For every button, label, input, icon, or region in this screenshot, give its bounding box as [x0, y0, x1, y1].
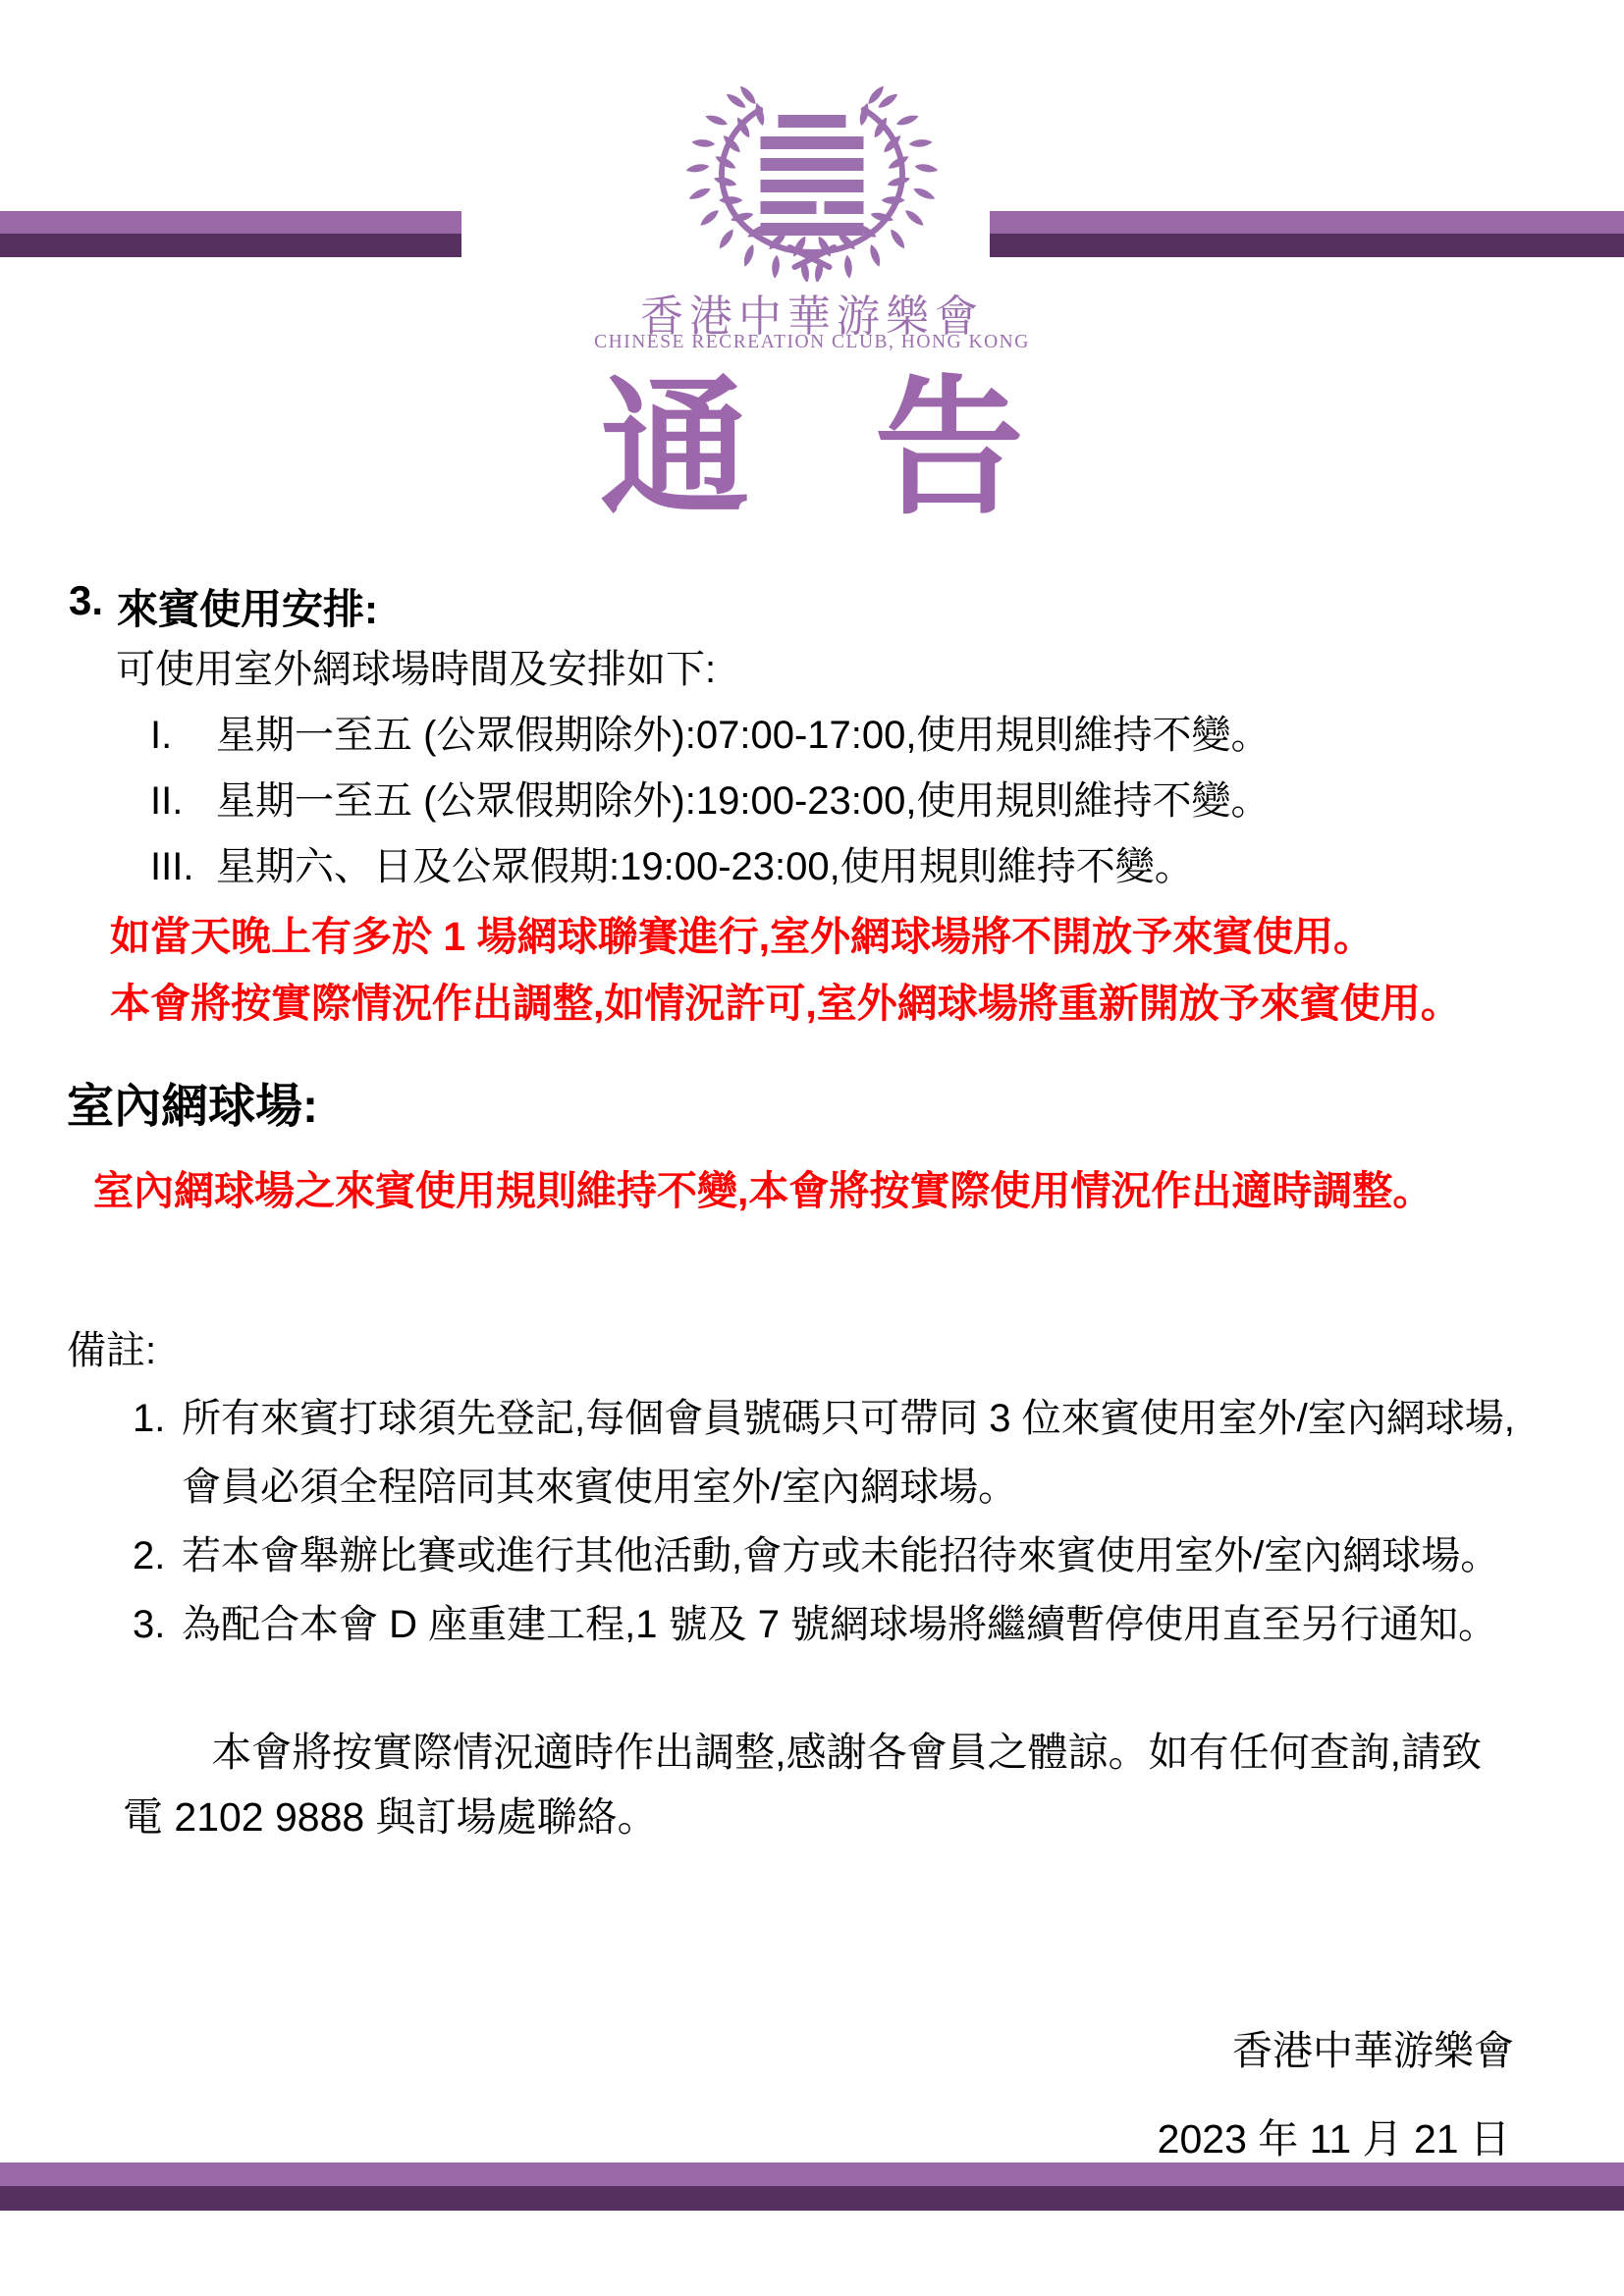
note-item-number: 3.	[133, 1590, 182, 1659]
indoor-courts-heading: 室內網球場:	[67, 1068, 318, 1136]
list-item: II. 星期一至五 (公眾假期除外):19:00-23:00,使用規則維持不變。	[150, 769, 1271, 834]
club-emblem-icon	[677, 80, 947, 282]
footer-bar	[0, 2163, 1624, 2211]
list-item: III. 星期六、日及公眾假期:19:00-23:00,使用規則維持不變。	[150, 834, 1271, 900]
header-bar-right-light	[990, 211, 1624, 234]
header-bar-right-dark	[990, 234, 1624, 257]
notice-page: 香港中華游樂會 CHINESE RECREATION CLUB, HONG KO…	[0, 0, 1624, 2296]
list-item-text: 星期六、日及公眾假期:19:00-23:00,使用規則維持不變。	[216, 834, 1194, 900]
list-item-numeral: II.	[150, 769, 216, 834]
indoor-warning-text: 室內網球場之來賓使用規則維持不變,本會將按實際使用情況作出適時調整。	[93, 1158, 1433, 1216]
list-item-text: 星期一至五 (公眾假期除外):07:00-17:00,使用規則維持不變。	[216, 703, 1271, 769]
notice-title: 通 告	[0, 371, 1624, 528]
header-bar-left-light	[0, 211, 461, 234]
footer-bar-dark	[0, 2186, 1624, 2211]
outdoor-warning-text: 如當天晚上有多於 1 場網球聯賽進行,室外網球場將不開放予來賓使用。 本會將按實…	[110, 903, 1461, 1037]
list-item-numeral: III.	[150, 834, 216, 900]
list-item-text: 星期一至五 (公眾假期除外):19:00-23:00,使用規則維持不變。	[216, 769, 1271, 834]
note-item: 2. 若本會舉辦比賽或進行其他活動,會方或未能招待來賓使用室外/室內網球場。	[133, 1522, 1535, 1590]
note-item: 1. 所有來賓打球須先登記,每個會員號碼只可帶同 3 位來賓使用室外/室內網球場…	[133, 1384, 1535, 1522]
footer-bar-light	[0, 2163, 1624, 2186]
note-item-number: 2.	[133, 1522, 182, 1590]
outdoor-warning-line2: 本會將按實際情況作出調整,如情況許可,室外網球場將重新開放予來賓使用。	[110, 970, 1461, 1037]
signature-club-name: 香港中華游樂會	[1232, 2018, 1514, 2076]
header-bar-right	[990, 211, 1624, 257]
club-name-english: CHINESE RECREATION CLUB, HONG KONG	[0, 332, 1624, 353]
section-3-heading: 3. 來賓使用安排:	[69, 577, 378, 636]
section-3-intro: 可使用室外網球場時間及安排如下:	[116, 638, 716, 694]
header-bar-left-dark	[0, 234, 461, 257]
list-item-numeral: I.	[150, 703, 216, 769]
outdoor-warning-line1: 如當天晚上有多於 1 場網球聯賽進行,室外網球場將不開放予來賓使用。	[110, 903, 1461, 970]
note-item-text: 所有來賓打球須先登記,每個會員號碼只可帶同 3 位來賓使用室外/室內網球場,會員…	[182, 1384, 1535, 1522]
section-3-number: 3.	[69, 577, 103, 636]
closing-paragraph: 本會將按實際情況適時作出調整,感謝各會員之體諒。如有任何查詢,請致電 2102 …	[123, 1720, 1517, 1849]
crest-bars	[761, 115, 864, 236]
schedule-list: I. 星期一至五 (公眾假期除外):07:00-17:00,使用規則維持不變。 …	[150, 703, 1271, 900]
note-item: 3. 為配合本會 D 座重建工程,1 號及 7 號網球場將繼續暫停使用直至另行通…	[133, 1590, 1535, 1659]
note-item-text: 為配合本會 D 座重建工程,1 號及 7 號網球場將繼續暫停使用直至另行通知。	[182, 1590, 1535, 1659]
note-item-text: 若本會舉辦比賽或進行其他活動,會方或未能招待來賓使用室外/室內網球場。	[182, 1522, 1535, 1590]
notes-list: 1. 所有來賓打球須先登記,每個會員號碼只可帶同 3 位來賓使用室外/室內網球場…	[133, 1384, 1535, 1659]
notes-label: 備註:	[67, 1319, 156, 1375]
section-3-title: 來賓使用安排:	[117, 577, 378, 636]
notice-date: 2023 年 11 月 21 日	[1158, 2107, 1510, 2164]
header-bar-left	[0, 211, 461, 257]
list-item: I. 星期一至五 (公眾假期除外):07:00-17:00,使用規則維持不變。	[150, 703, 1271, 769]
note-item-number: 1.	[133, 1384, 182, 1522]
